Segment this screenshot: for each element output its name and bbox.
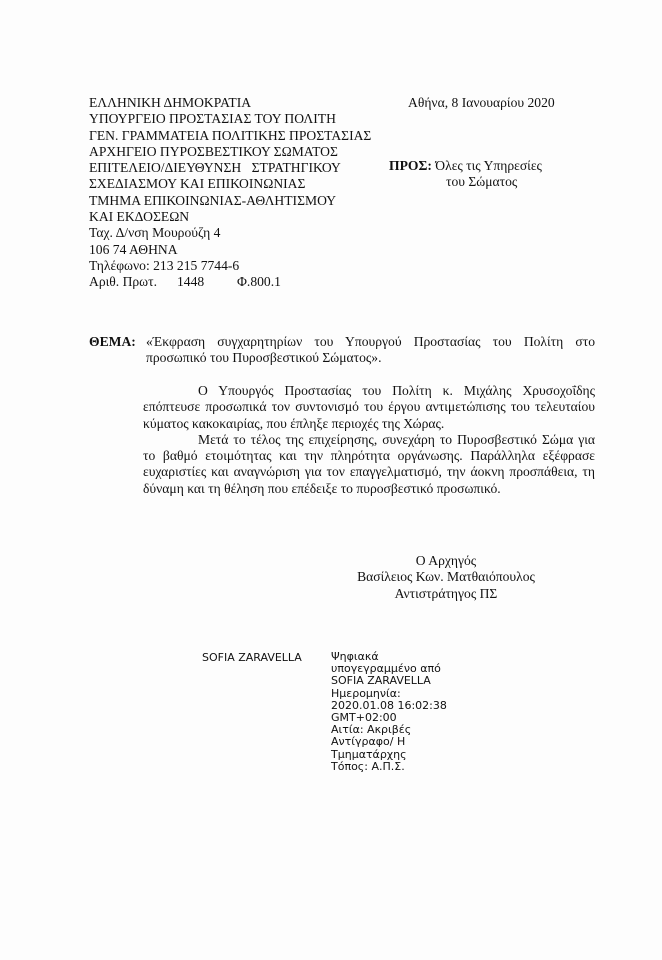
body-paragraph: Ο Υπουργός Προστασίας του Πολίτη κ. Μιχά… <box>143 383 595 432</box>
issuer-line: ΕΛΛΗΝΙΚΗ ΔΗΜΟΚΡΑΤΙΑ <box>89 95 371 111</box>
issuer-line: ΚΑΙ ΕΚΔΟΣΕΩΝ <box>89 209 371 225</box>
issuer-line: ΣΧΕΔΙΑΣΜΟΥ ΚΑΙ ΕΠΙΚΟΙΝΩΝΙΑΣ <box>89 176 371 192</box>
recipient-line: του Σώματος <box>389 174 542 190</box>
issuer-line: ΤΜΗΜΑ ΕΠΙΚΟΙΝΩΝΙΑΣ-ΑΘΛΗΤΙΣΜΟΥ <box>89 193 371 209</box>
recipient-line: Όλες τις Υπηρεσίες <box>435 158 542 173</box>
protocol-number: Αριθ. Πρωτ.1448Φ.800.1 <box>89 274 371 290</box>
recipient-label: ΠΡΟΣ: <box>389 158 432 173</box>
subject-label: ΘΕΜΑ: <box>89 334 136 350</box>
issuer-line: ΥΠΟΥΡΓΕΙΟ ΠΡΟΣΤΑΣΙΑΣ ΤΟΥ ΠΟΛΙΤΗ <box>89 111 371 127</box>
subject-text-line: προσωπικό του Πυροσβεστικού Σώματος». <box>146 350 382 365</box>
dsig-line: Τόπος: Α.Π.Σ. <box>331 761 447 773</box>
subject-text-line: «Έκφραση συγχαρητηρίων του Υπουργού Προσ… <box>146 334 595 350</box>
body-paragraph: Μετά το τέλος της επιχείρησης, συνεχάρη … <box>143 432 595 497</box>
signature-block: Ο Αρχηγός Βασίλειος Κων. Ματθαιόπουλος Α… <box>336 553 556 602</box>
issuer-line: ΓΕΝ. ΓΡΑΜΜΑΤΕΙΑ ΠΟΛΙΤΙΚΗΣ ΠΡΟΣΤΑΣΙΑΣ <box>89 128 371 144</box>
letter-body: Ο Υπουργός Προστασίας του Πολίτη κ. Μιχά… <box>143 383 595 497</box>
dsig-line: Ημερομηνία: <box>331 688 447 700</box>
address-line: Ταχ. Δ/νση Μουρούζη 4 <box>89 225 371 241</box>
file-code: Φ.800.1 <box>237 274 281 290</box>
issuer-line: ΕΠΙΤΕΛΕΙΟ/ΔΙΕΥΘΥΝΣΗ ΣΤΡΑΤΗΓΙΚΟΥ <box>89 160 371 176</box>
place-date: Αθήνα, 8 Ιανουαρίου 2020 <box>408 95 555 111</box>
signatory-title: Ο Αρχηγός <box>336 553 556 569</box>
issuer-line: ΑΡΧΗΓΕΙΟ ΠΥΡΟΣΒΕΣΤΙΚΟΥ ΣΩΜΑΤΟΣ <box>89 144 371 160</box>
digital-signer-name: SOFIA ZARAVELLA <box>202 651 302 664</box>
dsig-line: Αντίγραφο/ Η <box>331 736 447 748</box>
dsig-line: Τμηματάρχης <box>331 749 447 761</box>
protocol-label: Αριθ. Πρωτ. <box>89 274 177 290</box>
protocol-value: 1448 <box>177 274 237 290</box>
signatory-name: Βασίλειος Κων. Ματθαιόπουλος <box>336 569 556 585</box>
issuer-block: ΕΛΛΗΝΙΚΗ ΔΗΜΟΚΡΑΤΙΑ ΥΠΟΥΡΓΕΙΟ ΠΡΟΣΤΑΣΙΑΣ… <box>89 95 371 291</box>
digital-signature-details: Ψηφιακά υπογεγραμμένο από SOFIA ZARAVELL… <box>331 651 447 773</box>
dsig-line: SOFIA ZARAVELLA <box>331 675 447 687</box>
postal-line: 106 74 ΑΘΗΝΑ <box>89 242 371 258</box>
signatory-rank: Αντιστράτηγος ΠΣ <box>336 586 556 602</box>
recipient-block: ΠΡΟΣ: Όλες τις Υπηρεσίες του Σώματος <box>389 158 542 191</box>
phone-line: Τηλέφωνο: 213 215 7744-6 <box>89 258 371 274</box>
